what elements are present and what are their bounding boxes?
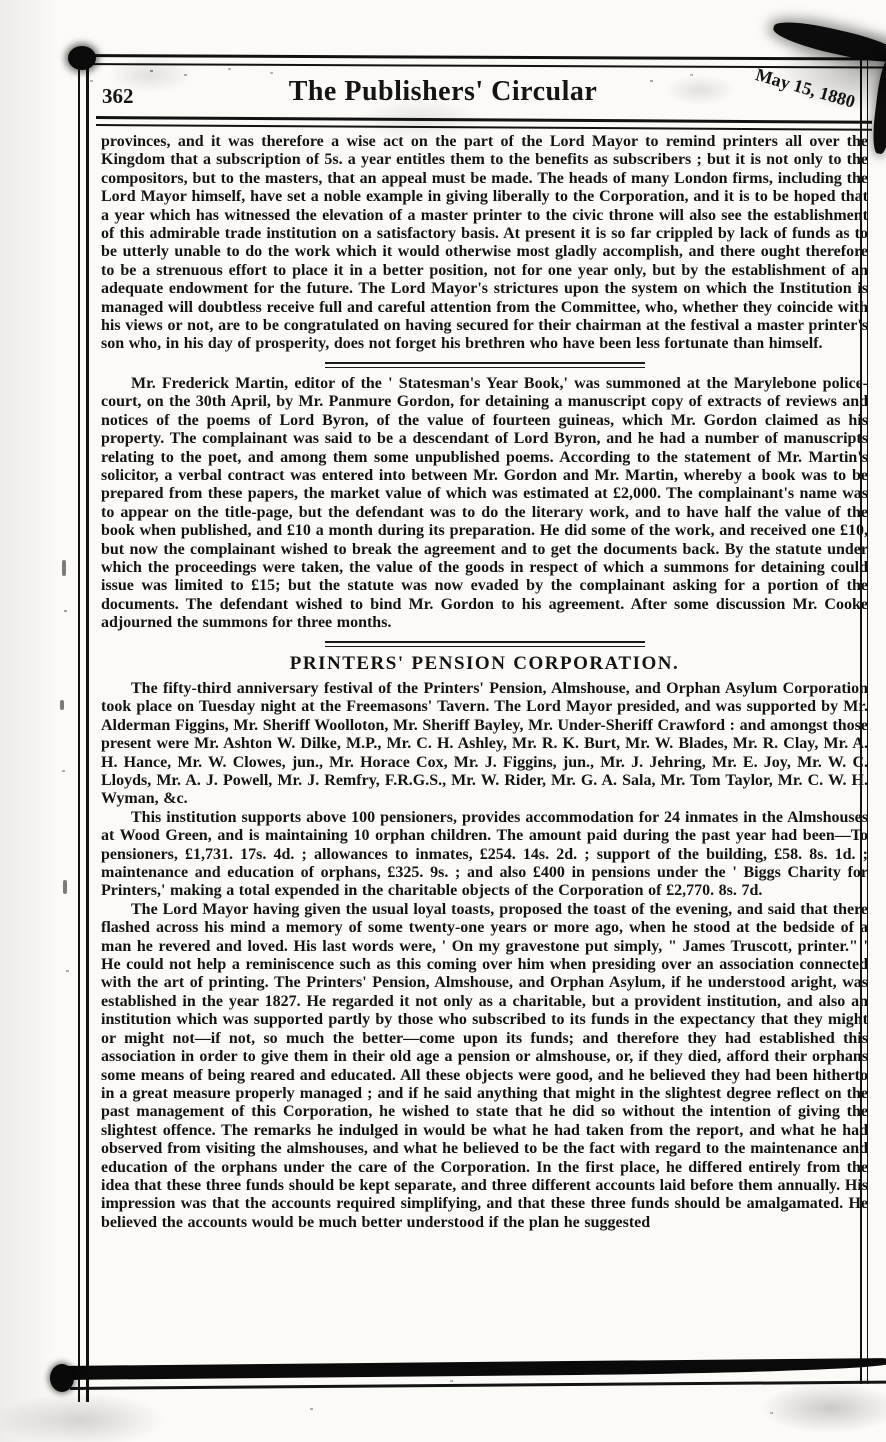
page-bottom-bar: [56, 1358, 886, 1380]
scan-noise-speckles: [150, 70, 153, 72]
article-printers-pension: PRINTERS' PENSION CORPORATION. The fifty…: [101, 655, 868, 1233]
article-frederick-martin: Mr. Frederick Martin, editor of the ' St…: [101, 375, 868, 633]
bottom-left-ink-blob: [50, 1364, 74, 1392]
margin-ink-mark: [62, 560, 66, 576]
page-frame-right-border: [860, 58, 868, 1384]
top-left-ink-blob: [68, 46, 96, 70]
article-heading: PRINTERS' PENSION CORPORATION.: [101, 655, 868, 673]
section-divider: [325, 362, 645, 368]
page-frame-left-border: [78, 56, 89, 1402]
paragraph: The Lord Mayor having given the usual lo…: [101, 901, 868, 1232]
margin-ink-mark: [63, 880, 67, 894]
article-lead: provinces, and it was therefore a wise a…: [101, 133, 868, 354]
page-bottom-rule: [70, 1381, 886, 1390]
paragraph: provinces, and it was therefore a wise a…: [101, 133, 868, 354]
header-double-rule: [96, 116, 872, 131]
scanned-page: 362 The Publishers' Circular May 15, 188…: [0, 0, 886, 1442]
paragraph: The fifty-third anniversary festival of …: [101, 680, 868, 809]
margin-ink-mark: [60, 700, 64, 710]
text-column: provinces, and it was therefore a wise a…: [101, 133, 868, 1358]
section-divider: [325, 641, 645, 647]
paragraph: This institution supports above 100 pens…: [101, 809, 868, 901]
paragraph: Mr. Frederick Martin, editor of the ' St…: [101, 375, 868, 633]
